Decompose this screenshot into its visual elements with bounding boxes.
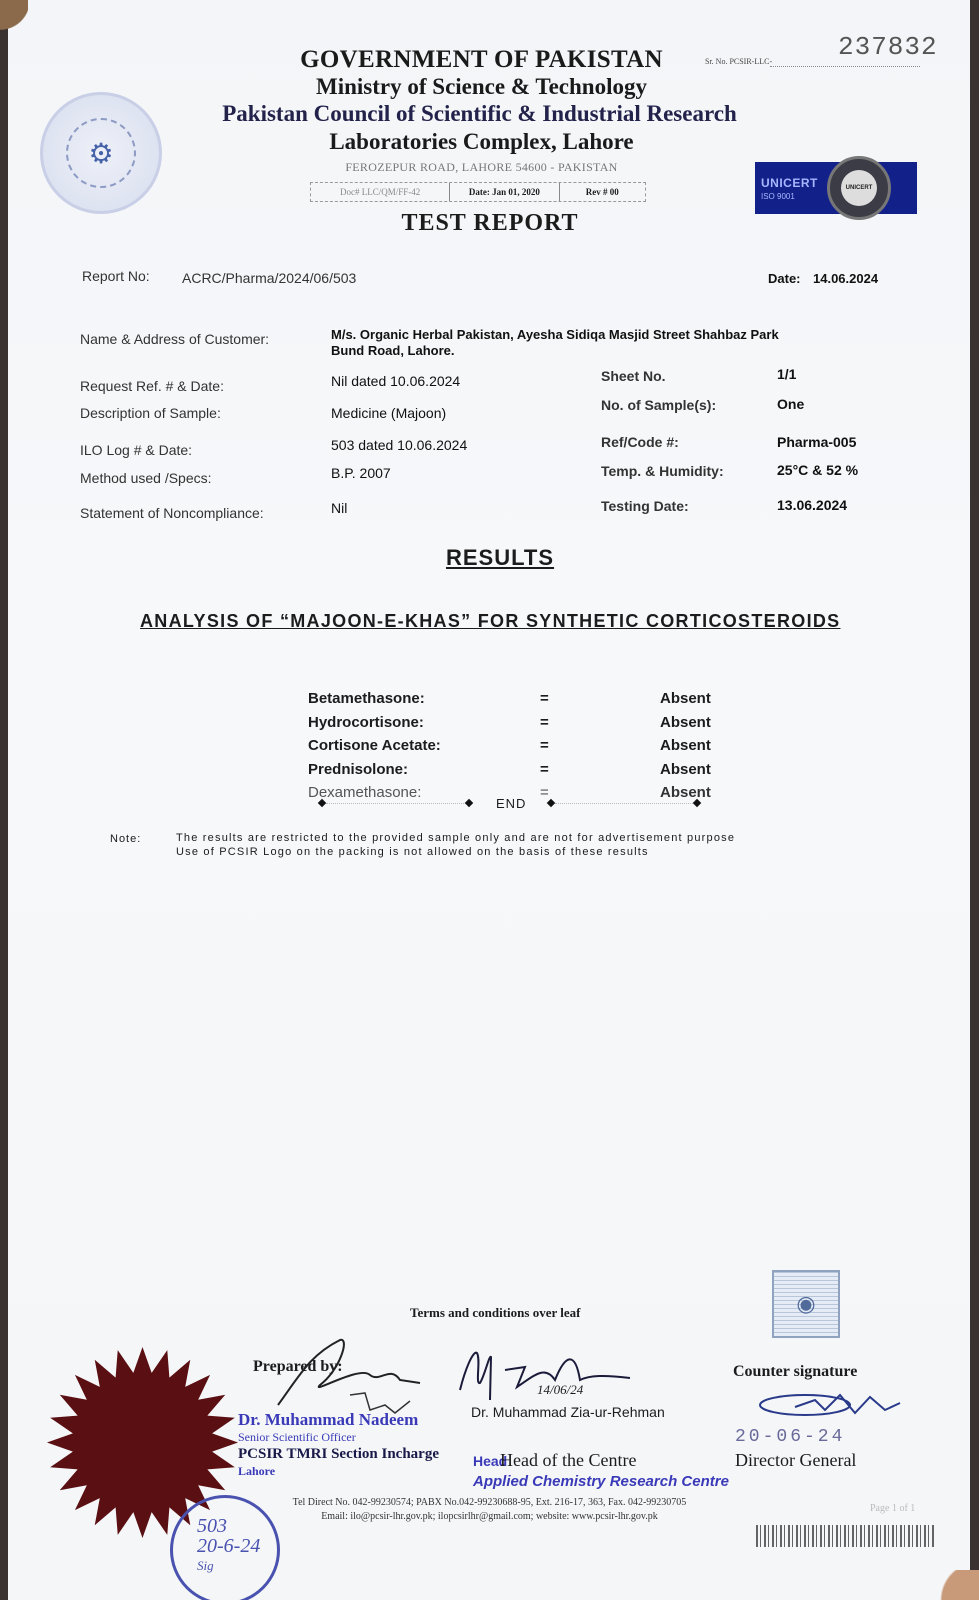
barcode-icon — [756, 1525, 936, 1547]
customer-line1: M/s. Organic Herbal Pakistan, Ayesha Sid… — [331, 327, 779, 342]
customer-label: Name & Address of Customer: — [80, 331, 269, 347]
embossed-stamp-icon: ◉ — [772, 1270, 840, 1338]
ilo-round-stamp: 503 20-6-24 Sig — [170, 1495, 280, 1600]
photo-edge-shadow — [0, 0, 28, 40]
field-label: Request Ref. # & Date: — [80, 378, 224, 394]
terms-note: Terms and conditions over leaf — [410, 1305, 580, 1321]
end-marker: END — [496, 796, 526, 811]
preparer-signature-icon — [270, 1335, 450, 1415]
counter-signature-date: 20-06-24 — [735, 1427, 845, 1447]
field-label: Statement of Noncompliance: — [80, 505, 264, 521]
header-lab: Laboratories Complex, Lahore — [0, 129, 971, 155]
cert-seal-icon: UNICERT — [827, 156, 891, 220]
field-label: ILO Log # & Date: — [80, 442, 192, 458]
result-row: Hydrocortisone:=Absent — [308, 714, 728, 736]
counter-signature-label: Counter signature — [733, 1363, 857, 1381]
photo-edge-shadow — [919, 1570, 979, 1600]
field-value: Nil dated 10.06.2024 — [331, 373, 460, 389]
end-marker-line — [555, 803, 695, 804]
result-row: Prednisolone:=Absent — [308, 761, 728, 783]
serial-underline — [770, 66, 920, 67]
cert-standard: ISO 9001 — [761, 192, 795, 201]
serial-label: Sr. No. PCSIR-LLC- — [705, 57, 772, 66]
serial-number: 237832 — [838, 32, 938, 62]
doc-revision: Rev # 00 — [560, 183, 645, 201]
note-line1: The results are restricted to the provid… — [176, 832, 735, 844]
preparer-title: Senior Scientific Officer — [238, 1430, 356, 1445]
report-date-label: Date: — [768, 271, 801, 286]
field-label: Temp. & Humidity: — [601, 463, 724, 479]
preparer-name: Dr. Muhammad Nadeem — [238, 1410, 418, 1430]
header-council: Pakistan Council of Scientific & Industr… — [0, 101, 969, 127]
report-date: 14.06.2024 — [813, 271, 878, 286]
field-value: 503 dated 10.06.2024 — [331, 437, 467, 453]
field-value: Pharma-005 — [777, 434, 856, 450]
header-government: GOVERNMENT OF PAKISTAN — [0, 46, 971, 74]
field-label: Description of Sample: — [80, 405, 221, 421]
preparer-department: PCSIR TMRI Section Incharge — [238, 1446, 439, 1463]
customer-line2: Bund Road, Lahore. — [331, 343, 455, 358]
header-ministry: Ministry of Science & Technology — [0, 74, 971, 100]
head-stamp-centre: Applied Chemistry Research Centre — [473, 1473, 729, 1490]
doc-number: Doc# LLC/QM/FF-42 — [311, 183, 450, 201]
field-label: Ref/Code #: — [601, 434, 679, 450]
head-title: Head of the Centre — [500, 1450, 636, 1471]
field-value: B.P. 2007 — [331, 465, 391, 481]
report-no: ACRC/Pharma/2024/06/503 — [182, 270, 356, 286]
field-label: Method used /Specs: — [80, 470, 212, 486]
field-value: 13.06.2024 — [777, 497, 847, 513]
page-title: TEST REPORT — [380, 210, 600, 237]
result-row: Betamethasone:=Absent — [308, 690, 728, 712]
field-value: Nil — [331, 500, 347, 516]
note-label: Note: — [110, 833, 141, 845]
field-label: No. of Sample(s): — [601, 397, 716, 413]
head-name: Dr. Muhammad Zia-ur-Rehman — [471, 1404, 665, 1420]
document-control-box: Doc# LLC/QM/FF-42 Date: Jan 01, 2020 Rev… — [310, 182, 646, 202]
field-label: Testing Date: — [601, 498, 689, 514]
unicert-certification-badge: UNICERT ISO 9001 UNICERT — [755, 162, 917, 214]
doc-date: Date: Jan 01, 2020 — [450, 183, 559, 201]
field-value: 25°C & 52 % — [777, 462, 858, 478]
report-no-label: Report No: — [82, 268, 150, 284]
field-value: Medicine (Majoon) — [331, 405, 446, 421]
field-value: 1/1 — [777, 366, 796, 382]
cert-brand: UNICERT — [761, 176, 818, 190]
head-signature-date: 14/06/24 — [537, 1382, 583, 1398]
field-value: One — [777, 396, 804, 412]
preparer-city: Lahore — [238, 1464, 275, 1479]
end-marker-line — [326, 803, 466, 804]
note-line2: Use of PCSIR Logo on the packing is not … — [176, 846, 649, 858]
results-heading: RESULTS — [446, 545, 554, 571]
result-row: Cortisone Acetate:=Absent — [308, 737, 728, 759]
field-label: Sheet No. — [601, 368, 666, 384]
counter-signature-icon — [755, 1385, 915, 1425]
page-indicator: Page 1 of 1 — [870, 1503, 915, 1514]
counter-title: Director General — [735, 1450, 856, 1471]
analysis-title: ANALYSIS OF “MAJOON-E-KHAS” FOR SYNTHETI… — [140, 611, 840, 632]
